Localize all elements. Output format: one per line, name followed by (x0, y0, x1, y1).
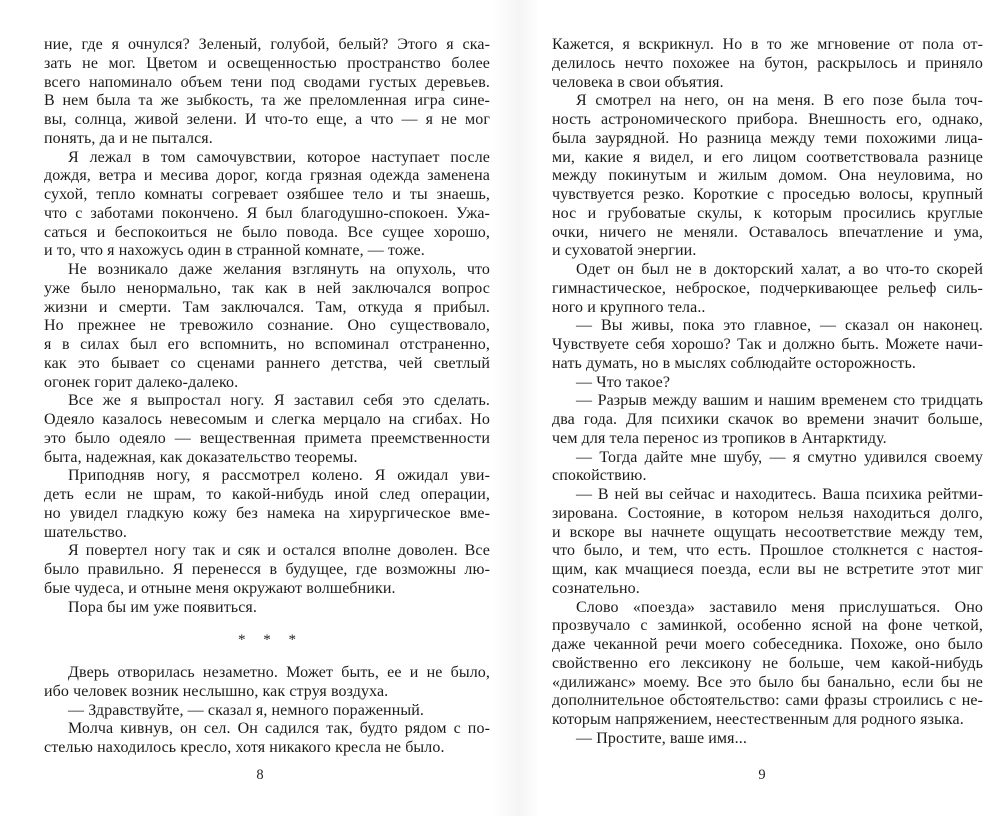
text-line: сознательно. (552, 580, 983, 599)
text-line: Я смотрел на него, он на меня. В его поз… (552, 92, 983, 111)
text-line: ность астрономического прибора. Внешност… (552, 111, 983, 130)
page-number-left: 8 (44, 767, 476, 784)
text-line: Слово «поезда» заставило меня прислушать… (552, 599, 983, 618)
text-line: бые чудеса, и отныне меня окружают волше… (44, 580, 490, 599)
text-line: между покинутым и жилым домом. Она неуло… (552, 167, 983, 186)
text-line: ного и крупного тела.. (552, 299, 983, 318)
text-line: щим, как мчащиеся поезда, если вы не вст… (552, 561, 983, 580)
text-line: В нем была та же зыбкость, та же преломл… (44, 92, 490, 111)
page-gutter-shadow (492, 0, 540, 816)
text-line: быта, надежная, как доказательство теоре… (44, 449, 490, 468)
section-separator: * * * (44, 631, 490, 650)
text-line: Одет он был не в докторский халат, а во … (552, 261, 983, 280)
text-line: понять, да и не пытался. (44, 130, 490, 149)
text-line: была заурядной. Но разница между теми по… (552, 130, 983, 149)
page-number-right: 9 (552, 767, 972, 784)
text-line: Я повертел ногу так и сяк и остался впол… (44, 542, 490, 561)
page-left-text: ние, где я очнулся? Зеленый, голубой, бе… (44, 36, 490, 758)
text-line: дождя, ветра и месива дорог, когда грязн… (44, 167, 490, 186)
book-spread: ние, где я очнулся? Зеленый, голубой, бе… (0, 0, 1000, 816)
text-line: и суховатой энергии. (552, 242, 983, 261)
text-line: Дверь отворилась незаметно. Может быть, … (44, 664, 490, 683)
text-line: сухой, тепло комнаты согревает озябшее т… (44, 186, 490, 205)
text-line: зирована. Состояние, в котором нельзя на… (552, 505, 983, 524)
text-line: — В ней вы сейчас и находитесь. Ваша пси… (552, 486, 983, 505)
text-line: чувствуется резко. Короткие с проседью в… (552, 186, 983, 205)
text-line: дополнительное обстоятельство: сами фраз… (552, 692, 983, 711)
text-line: зать не мог. Цветом и освещенностью прос… (44, 55, 490, 74)
text-line: огонек горит далеко-далеко. (44, 374, 490, 393)
text-line: и то, что я нахожусь один в странной ком… (44, 242, 490, 261)
text-line: — Разрыв между вашим и нашим временем ст… (552, 392, 983, 411)
text-line: очки, ничего не меняли. Оставалось впеча… (552, 224, 983, 243)
text-line: чем для тела перенос из тропиков в Антар… (552, 430, 983, 449)
text-line: Приподняв ногу, я рассмотрел колено. Я о… (44, 467, 490, 486)
text-line: — Что такое? (552, 374, 983, 393)
text-line: но увидел гладкую кожу без намека на хир… (44, 505, 490, 524)
text-line: — Здравствуйте, — сказал я, немного пора… (44, 702, 490, 721)
text-line: стелью находилось кресло, хотя никакого … (44, 739, 490, 758)
text-line: Одеяло казалось невесомым и слегка мерца… (44, 411, 490, 430)
text-line: ми, какие я видел, и его лицом соответст… (552, 149, 983, 168)
text-line: Но прежнее не тревожило сознание. Оно су… (44, 317, 490, 336)
text-line: уже было ненормально, так как в ней закл… (44, 280, 490, 299)
text-line: деть если не шрам, то какой-нибудь иной … (44, 486, 490, 505)
text-line: вы, солнца, живой зелени. И что-то еще, … (44, 111, 490, 130)
text-line: что было, и тем, что есть. Прошлое столк… (552, 542, 983, 561)
text-line: что с заботами покончено. Я был благодуш… (44, 205, 490, 224)
text-line: шательство. (44, 524, 490, 543)
text-line: Я лежал в том самочувствии, которое наст… (44, 149, 490, 168)
text-line: ибо человек возник неслышно, как струя в… (44, 683, 490, 702)
text-line: Все же я выпростал ногу. Я заставил себя… (44, 392, 490, 411)
text-line: как это бывает со сценами раннего детств… (44, 355, 490, 374)
text-line: саться и беспокоиться не было повода. Вс… (44, 224, 490, 243)
text-line: — Простите, ваше имя... (552, 730, 983, 749)
text-line: спокойствию. (552, 467, 983, 486)
text-line: делилось нечто похожее на бутон, раскрыл… (552, 55, 983, 74)
text-line: два года. Для психики скачок во времени … (552, 411, 983, 430)
text-line: свойственно его лексикону не больше, чем… (552, 655, 983, 674)
text-line: нос и грубоватые скулы, к которым просил… (552, 205, 983, 224)
text-line: Чувствуете себя хорошо? Так и должно быт… (552, 336, 983, 355)
text-line: нать думать, но в мыслях соблюдайте осто… (552, 355, 983, 374)
page-right-text: Кажется, я вскрикнул. Но в то же мгновен… (552, 36, 983, 749)
text-line: даже чеканной речи моего собеседника. По… (552, 636, 983, 655)
text-line: ние, где я очнулся? Зеленый, голубой, бе… (44, 36, 490, 55)
text-line: я в силах был его вспомнить, но вспомина… (44, 336, 490, 355)
text-line: Кажется, я вскрикнул. Но в то же мгновен… (552, 36, 983, 55)
text-line: и вскоре вы начнете ощущать несоответств… (552, 524, 983, 543)
text-line: было правильно. Я перенесся в будущее, г… (44, 561, 490, 580)
text-line: Пора бы им уже появиться. (44, 599, 490, 618)
text-line: Не возникало даже желания взглянуть на о… (44, 261, 490, 280)
text-line: которым напряжением, неестественным для … (552, 711, 983, 730)
text-line: Молча кивнув, он сел. Он садился так, бу… (44, 720, 490, 739)
text-line: прозвучало с заминкой, особенно ясной на… (552, 617, 983, 636)
text-line: «дилижанс» моему. Все это было бы баналь… (552, 674, 983, 693)
text-line: жизни и смерти. Там заключался. Там, отк… (44, 299, 490, 318)
text-line: всего напоминало объем тени под сводами … (44, 74, 490, 93)
text-line: человека в свои объятия. (552, 74, 983, 93)
text-line: это было одеяло — вещественная примета п… (44, 430, 490, 449)
text-line: — Вы живы, пока это главное, — сказал он… (552, 317, 983, 336)
text-line: гимнастическое, неброское, подчеркивающе… (552, 280, 983, 299)
text-line: — Тогда дайте мне шубу, — я смутно удиви… (552, 449, 983, 468)
